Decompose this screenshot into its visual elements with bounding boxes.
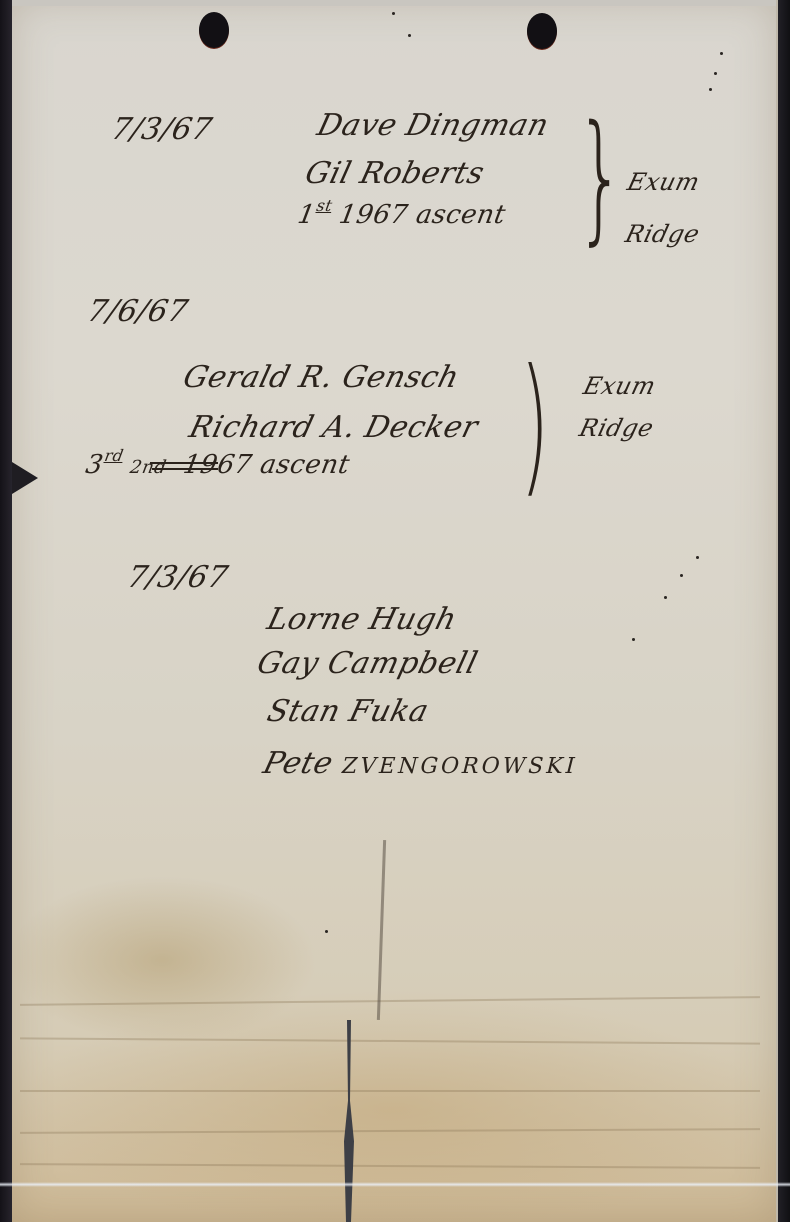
paper-speck [325, 930, 328, 933]
paper-speck [392, 12, 395, 15]
climber-first-name: Pete [260, 746, 337, 781]
brace-icon: } [576, 108, 625, 248]
note-rest: 1967 ascent [337, 200, 508, 230]
entry-2-climber-2: Richard A. Decker [186, 410, 482, 445]
note-suffix: rd [103, 446, 125, 465]
entry-2-route-line-1: Exum [581, 372, 659, 400]
note-suffix: st [315, 196, 334, 215]
note-ordinal: 1 [295, 200, 317, 230]
entry-3-date: 7/3/67 [124, 560, 231, 595]
entry-1-route-line-2: Ridge [623, 220, 703, 248]
entry-3-climber-1: Lorne Hugh [264, 602, 461, 637]
entry-3-climber-4: Pete ZVENGOROWSKI [260, 746, 583, 781]
note-ordinal: 3 [83, 450, 105, 480]
entry-1-date: 7/3/67 [108, 112, 215, 147]
tape-strip [0, 1182, 790, 1187]
strikethrough-mark [150, 462, 218, 464]
punch-hole-icon [527, 13, 557, 49]
climber-last-name: ZVENGOROWSKI [339, 754, 581, 779]
strikethrough-mark [152, 468, 218, 470]
paper-speck [696, 556, 699, 559]
entry-1-route-line-1: Exum [625, 168, 703, 196]
entry-1-climber-2: Gil Roberts [302, 156, 488, 191]
entry-3-climber-2: Gay Campbell [254, 646, 482, 681]
entry-2-note: 3rd 2nd 1967 ascent [83, 450, 352, 480]
paper-speck [720, 52, 723, 55]
paper-speck [709, 88, 712, 91]
entry-2-climber-1: Gerald R. Gensch [180, 360, 463, 395]
note-rest: 1967 ascent [181, 450, 352, 480]
paper-speck [680, 574, 683, 577]
paren-icon: ) [520, 350, 549, 500]
entry-3-climber-3: Stan Fuka [264, 694, 433, 729]
paper-top-edge [12, 0, 776, 6]
paper-notch [12, 462, 38, 494]
punch-hole-icon [199, 12, 229, 48]
paper-speck [714, 72, 717, 75]
paper-speck [664, 596, 667, 599]
entry-1-climber-1: Dave Dingman [314, 108, 553, 143]
paper-speck [632, 638, 635, 641]
entry-2-date: 7/6/67 [84, 294, 191, 329]
paper-speck [408, 34, 411, 37]
paper-crease [20, 1090, 760, 1092]
entry-2-route-line-2: Ridge [577, 414, 657, 442]
entry-1-note: 1st 1967 ascent [295, 200, 508, 230]
